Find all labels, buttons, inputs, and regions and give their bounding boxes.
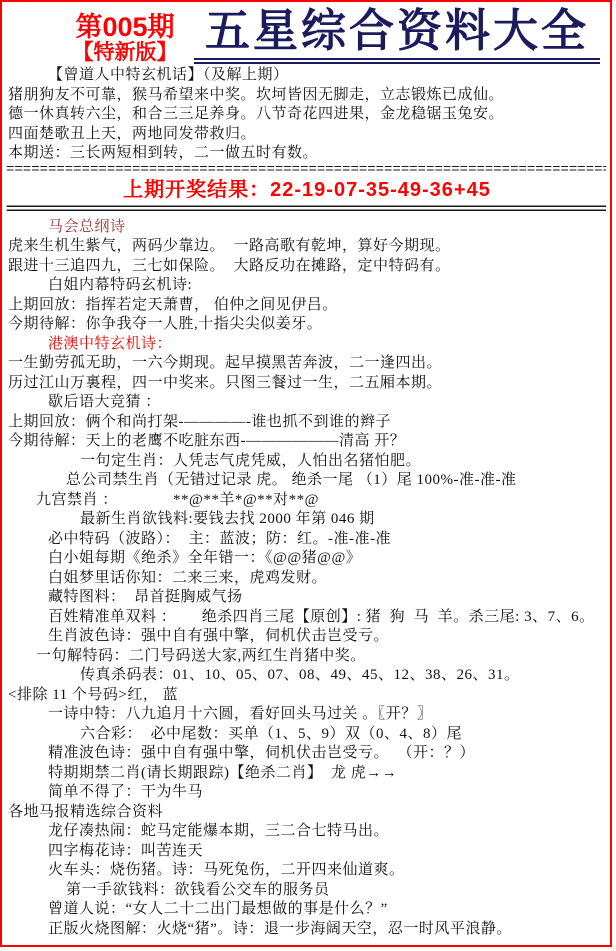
text-line: 【曾道人中特玄机话】（及解上期） xyxy=(6,66,606,86)
text-line: 历过江山万裏程，四一中奖来。只图三餐过一生，二五厢本期。 xyxy=(6,374,606,394)
text-line: 白姐梦里话你知：二来三来，虎鸡发财。 xyxy=(6,569,606,589)
page-header: 第005期 【特新版】 五星综合资料大全 xyxy=(2,2,610,64)
text-line: 港澳中特玄机诗： xyxy=(6,335,606,355)
text-line: 正版火烧图解：火烧“猪”。诗：退一步海阔天空，忍一时风平浪静。 xyxy=(6,920,606,940)
text-line: 一生勤劳孤无助，一六今期现。起早摸黑苦奔波，二一逢四出。 xyxy=(6,354,606,374)
text-line: 跟进十三追四九，三七如保险。 大路反功在摊路，定中特码有。 xyxy=(6,257,606,277)
text-line: 精准波色诗：强中自有强中擎，伺机伏击岂受亏。 （开：？） xyxy=(6,744,606,764)
lottery-info-sheet: 第005期 【特新版】 五星综合资料大全 【曾道人中特玄机话】（及解上期）猪朋狗… xyxy=(0,0,612,947)
text-line: 德一休真转六尘，和合三三足养身。八节奇花四进果，金龙稳锯玉兔安。 xyxy=(6,105,606,125)
text-line: 简单不得了：干为牛马 xyxy=(6,783,606,803)
page-title: 五星综合资料大全 xyxy=(194,5,600,64)
issue-number: 第005期 xyxy=(56,14,194,41)
text-line: 白小姐每期《绝杀》全年错一：《@@猪@@》 xyxy=(6,549,606,569)
text-line: <排除 11 个号码>红， 蓝 xyxy=(6,686,606,706)
divider-rule: ========================================… xyxy=(6,204,606,218)
text-line: 今期待解：天上的老鹰不吃脏东西-——————清高 开？ xyxy=(6,432,606,452)
text-line: 四字梅花诗：叫苦连天 xyxy=(6,842,606,862)
last-draw-result: 上期开奖结果：22-19-07-35-49-36+45 xyxy=(6,177,606,204)
text-line: 生肖波色诗：强中自有强中擎，伺机伏击岂受亏。 xyxy=(6,627,606,647)
text-line: 百姓精准单双料 ： 绝杀四肖三尾【原创】: 猪 狗 马 羊。杀三尾: 3、7、6… xyxy=(6,608,606,628)
text-line: 虎来生机生紫气，两码少靠边。 一路高歌有乾坤，算好今期现。 xyxy=(6,237,606,257)
text-line: 必中特码（波路）： 主：蓝波；防：红。-准-准-准 xyxy=(6,530,606,550)
text-line: 马会总纲诗 xyxy=(6,218,606,238)
text-line: 四面楚歌丑上天，两地同发带救归。 xyxy=(6,125,606,145)
text-line: 最新生肖欲钱料:要钱去找 2000 年第 046 期 xyxy=(6,510,606,530)
text-line: 上期回放：指挥若定天萧曹， 伯仲之间见伊吕。 xyxy=(6,296,606,316)
text-line: 藏特图料： 昂首挺胸威气扬 xyxy=(6,588,606,608)
text-line: 火车头：烧伤猪。诗：马死兔伤，二开四来仙道爽。 xyxy=(6,861,606,881)
text-line: 一诗中特：八九追月十六圆，看好回头马过关 。〖开？〗 xyxy=(6,705,606,725)
text-line: 猪朋狗友不可靠，猴马希望来中奖。坎坷皆因无脚走，立志锻炼已成仙。 xyxy=(6,86,606,106)
text-line: 传真杀码表：01、10、05、07、08、49、45、12、38、26、31。 xyxy=(6,666,606,686)
text-line: 歇后语大竞猜 ： xyxy=(6,393,606,413)
text-line: 特期期禁二肖(请长期跟踪)【绝杀二肖】 龙 虎→→ xyxy=(6,764,606,784)
edition-label: 【特新版】 xyxy=(56,41,194,64)
text-line: 龙仔凑热闹：蛇马定能爆本期，三二合七特马出。 xyxy=(6,822,606,842)
text-line: 总公司禁生肖（无错过记录 虎。 绝杀一尾 （1）尾 100%-准-准-准 xyxy=(6,471,606,491)
text-line: 今期待解：你争我夺一人胜,十指尖尖似姜牙。 xyxy=(6,315,606,335)
content-lines: 【曾道人中特玄机话】（及解上期）猪朋狗友不可靠，猴马希望来中奖。坎坷皆因无脚走，… xyxy=(2,64,610,939)
text-line: 各地马报精选综合资料 xyxy=(6,803,606,823)
text-line: 本期送：三长两短相到转，二一做五时有数。 xyxy=(6,144,606,164)
text-line: 曾道人说：“女人二十二出门最想做的事是什么？” xyxy=(6,900,606,920)
text-line: 第一手欲钱料：欲钱看公交车的服务员 xyxy=(6,881,606,901)
text-line: 上期回放：俩个和尚打架-————-谁也抓不到谁的辫子 xyxy=(6,413,606,433)
text-line: 九宫禁肖 ： **@**羊*@**对**@ xyxy=(6,491,606,511)
divider-rule: ========================================… xyxy=(6,164,606,177)
issue-block: 第005期 【特新版】 xyxy=(56,14,194,64)
text-line: 白姐内幕特码玄机诗: xyxy=(6,276,606,296)
text-line: 六合彩： 必中尾数：买单（1、5、9）双（0、4、8）尾 xyxy=(6,725,606,745)
text-line: 一句解特码：二门号码送大家,两红生肖猪中奖。 xyxy=(6,647,606,667)
text-line: 一句定生肖：人凭志气虎凭威，人怕出名猪怕肥。 xyxy=(6,452,606,472)
